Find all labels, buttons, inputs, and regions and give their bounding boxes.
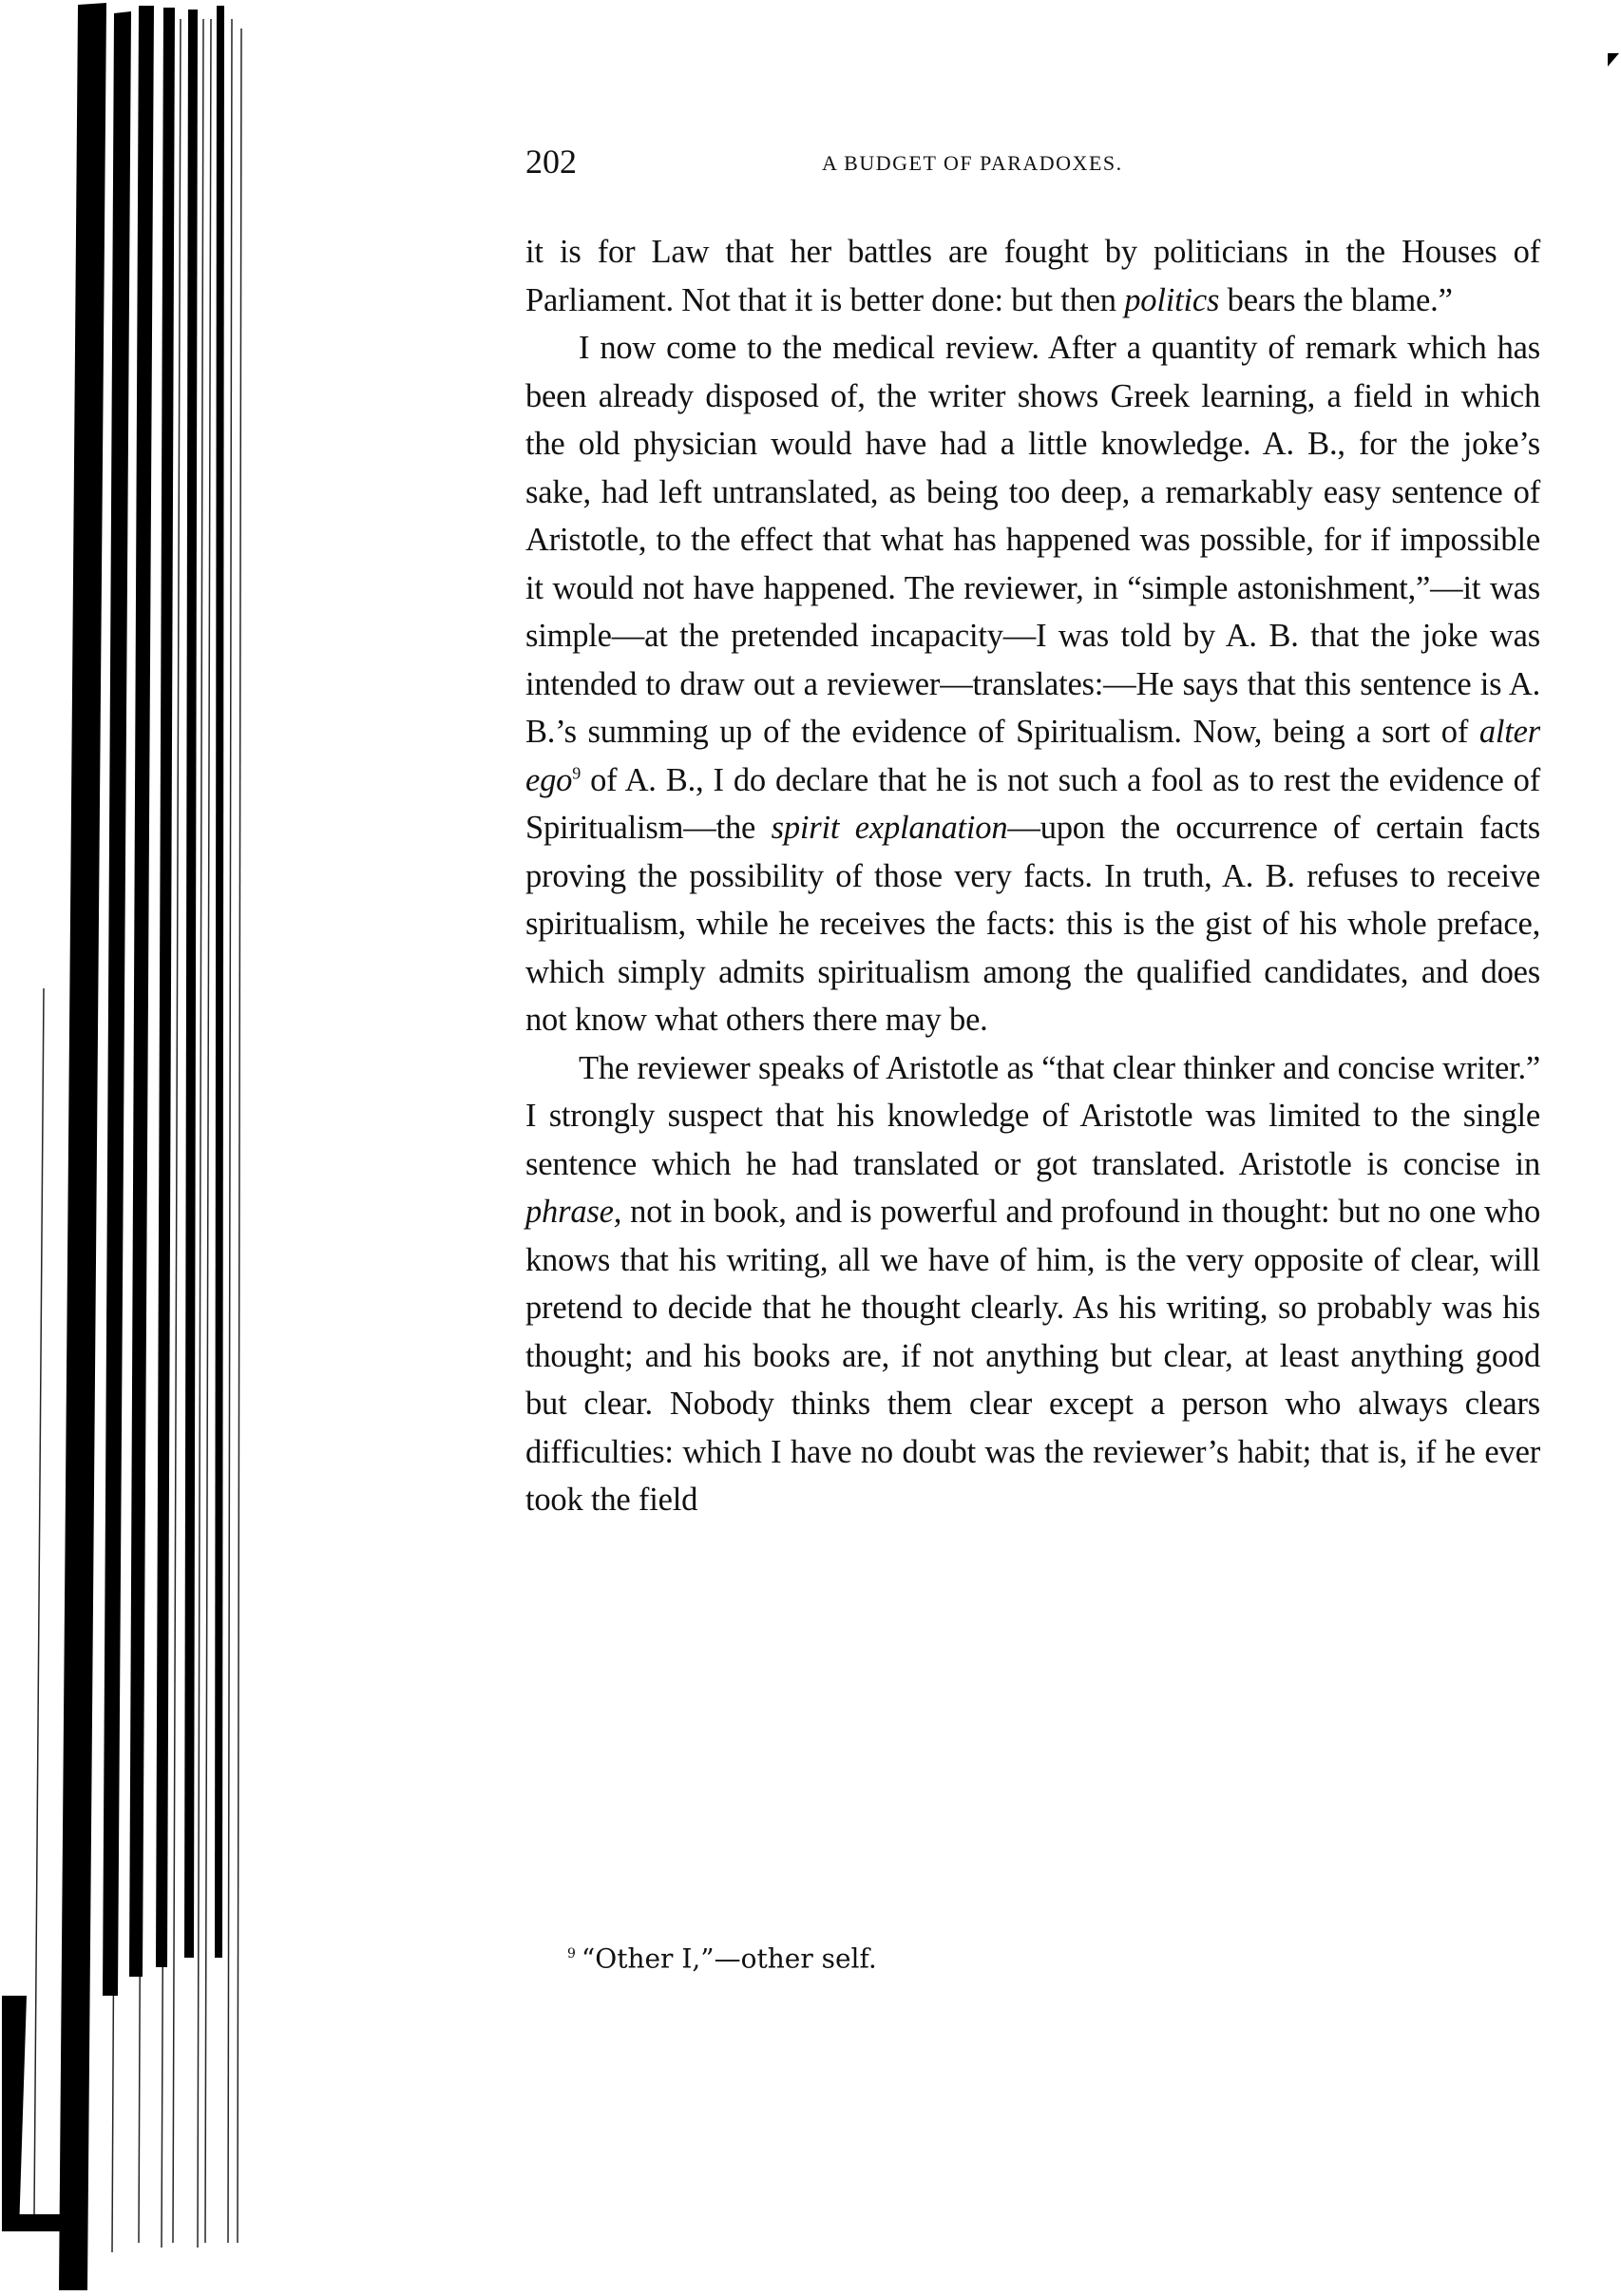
paragraph-3: The reviewer speaks of Aristotle as “tha… <box>525 1044 1540 1524</box>
footnote-reference[interactable]: 9 <box>572 763 581 782</box>
book-page-edges <box>0 0 247 2296</box>
text-run: bears the blame.” <box>1219 282 1452 318</box>
footnote-text: “Other I,”—other self. <box>582 1942 877 1974</box>
italic-run: spirit explanation <box>772 810 1008 846</box>
running-title: A BUDGET OF PARADOXES. <box>822 150 1123 177</box>
footnote: 9“Other I,”—other self. <box>567 1939 877 1974</box>
scan-corner-mark <box>1608 53 1619 67</box>
body-text: it is for Law that her battles are fough… <box>525 228 1540 1524</box>
paragraph-1: it is for Law that her battles are fough… <box>525 228 1540 324</box>
italic-run: politics <box>1124 282 1219 318</box>
text-run: The reviewer speaks of Aristotle as “tha… <box>525 1050 1540 1182</box>
footnote-marker: 9 <box>567 1946 576 1961</box>
italic-run: phrase, <box>525 1194 621 1230</box>
page-number: 202 <box>525 143 577 181</box>
paragraph-2: I now come to the medical review. After … <box>525 324 1540 1044</box>
text-run: not in book, and is powerful and profoun… <box>525 1194 1540 1518</box>
running-head: 202 A BUDGET OF PARADOXES. <box>525 143 1542 181</box>
text-run: I now come to the medical review. After … <box>525 330 1540 750</box>
